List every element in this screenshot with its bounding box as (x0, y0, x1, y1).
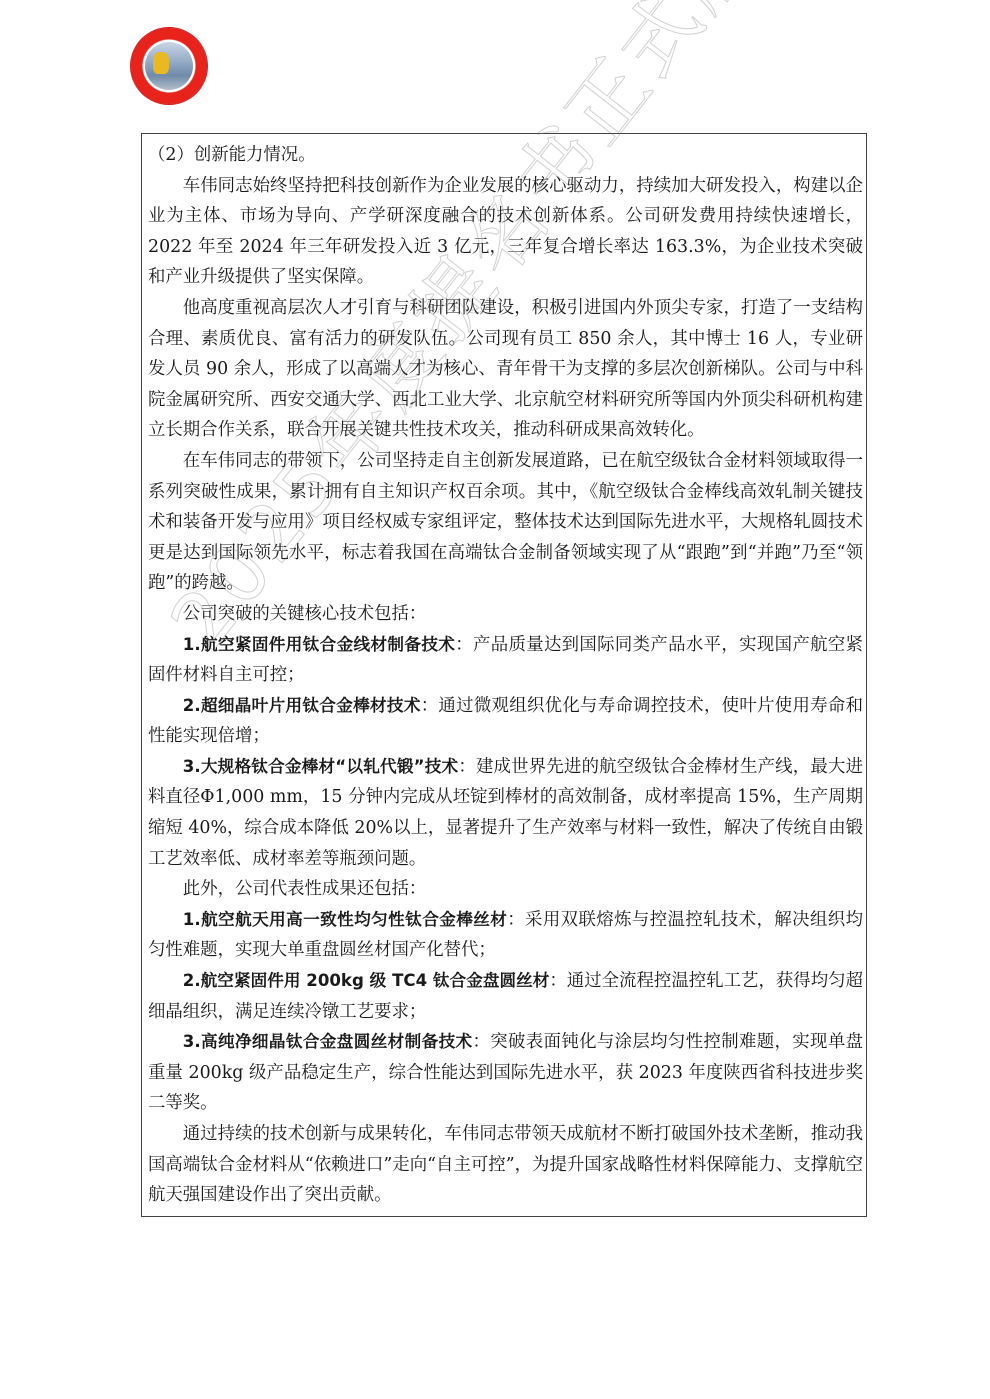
trophy-icon (153, 52, 169, 74)
paragraph-conclusion: 通过持续的技术创新与成果转化，车伟同志带领天成航材不断打破国外技术垄断，推动我国… (148, 1119, 863, 1211)
achievement-title: 3.高纯净细晶钛合金盘圆丝材制备技术 (183, 1032, 473, 1051)
organization-seal-icon (131, 28, 207, 104)
achievements-intro: 此外，公司代表性成果还包括： (148, 874, 863, 905)
core-tech-item: 1.航空紧固件用钛合金线材制备技术：产品质量达到国际同类产品水平，实现国产航空紧… (148, 630, 863, 691)
paragraph-achievements: 在车伟同志的带领下，公司坚持走自主创新发展道路，已在航空级钛合金材料领域取得一系… (148, 446, 863, 599)
core-tech-title: 1.航空紧固件用钛合金线材制备技术 (183, 635, 455, 654)
paragraph-core-intro: 公司突破的关键核心技术包括： (148, 599, 863, 630)
achievement-item: 3.高纯净细晶钛合金盘圆丝材制备技术：突破表面钝化与涂层均匀性控制难题，实现单盘… (148, 1027, 863, 1119)
paragraph-talent: 他高度重视高层次人才引育与科研团队建设，积极引进国内外顶尖专家，打造了一支结构合… (148, 293, 863, 446)
achievement-item: 2.航空紧固件用 200kg 级 TC4 钛合金盘圆丝材：通过全流程控温控轧工艺… (148, 966, 863, 1027)
achievement-title: 2.航空紧固件用 200kg 级 TC4 钛合金盘圆丝材 (183, 971, 550, 990)
achievement-title: 1.航空航天用高一致性均匀性钛合金棒丝材 (183, 910, 507, 929)
core-tech-title: 3.大规格钛合金棒材“以轧代锻”技术 (183, 757, 459, 776)
core-tech-item: 2.超细晶叶片用钛合金棒材技术：通过微观组织优化与寿命调控技术，使叶片使用寿命和… (148, 691, 863, 752)
seal-emblem (145, 42, 193, 90)
core-tech-title: 2.超细晶叶片用钛合金棒材技术 (183, 696, 421, 715)
paragraph-rd-investment: 车伟同志始终坚持把科技创新作为企业发展的核心驱动力，持续加大研发投入，构建以企业… (148, 171, 863, 293)
achievement-item: 1.航空航天用高一致性均匀性钛合金棒丝材：采用双联熔炼与控温控轧技术，解决组织均… (148, 905, 863, 966)
innovation-section: （2）创新能力情况。 车伟同志始终坚持把科技创新作为企业发展的核心驱动力，持续加… (148, 140, 863, 1211)
core-tech-item: 3.大规格钛合金棒材“以轧代锻”技术：建成世界先进的航空级钛合金棒材生产线，最大… (148, 752, 863, 874)
section-heading: （2）创新能力情况。 (148, 140, 863, 171)
